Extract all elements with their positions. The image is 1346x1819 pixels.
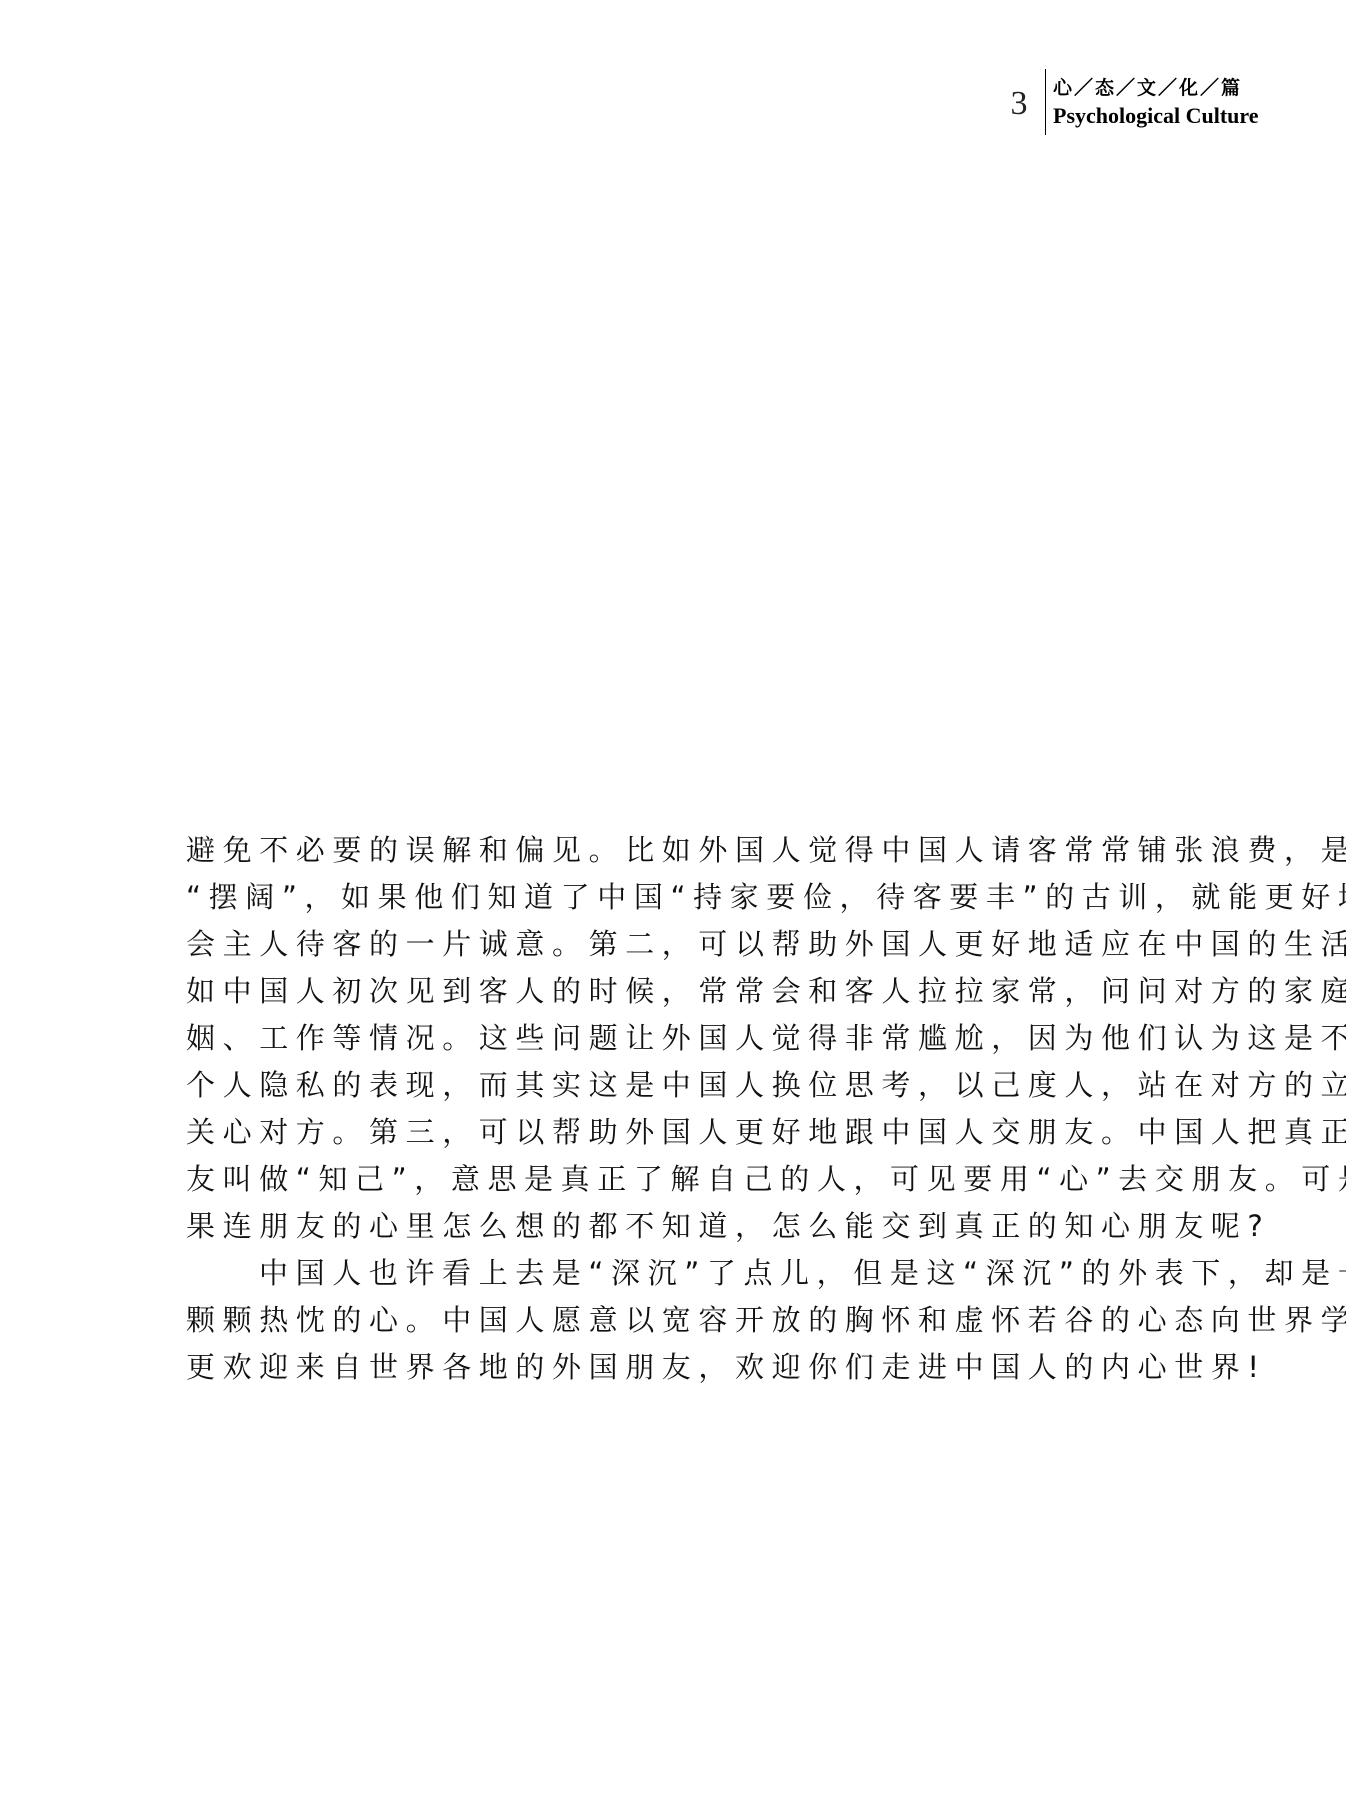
text-line: 更欢迎来自世界各地的外国朋友，欢迎你们走进中国人的内心世界!: [186, 1344, 1148, 1391]
text-line: 会主人待客的一片诚意。第二，可以帮助外国人更好地适应在中国的生活。比: [186, 921, 1148, 968]
text-line: “摆阔”，如果他们知道了中国“持家要俭，待客要丰”的古训，就能更好地体: [186, 874, 1148, 921]
text-line: 关心对方。第三，可以帮助外国人更好地跟中国人交朋友。中国人把真正的朋: [186, 1109, 1148, 1156]
paragraph-2: 中国人也许看上去是“深沉”了点儿，但是这“深沉”的外表下，却是一 颗颗热忱的心。…: [186, 1250, 1148, 1391]
text-line: 如中国人初次见到客人的时候，常常会和客人拉拉家常，问问对方的家庭、婚: [186, 968, 1148, 1015]
text-line: 友叫做“知己”，意思是真正了解自己的人，可见要用“心”去交朋友。可是如: [186, 1156, 1148, 1203]
text-line: 避免不必要的误解和偏见。比如外国人觉得中国人请客常常铺张浪费，是故意: [186, 827, 1148, 874]
paragraph-1: 避免不必要的误解和偏见。比如外国人觉得中国人请客常常铺张浪费，是故意 “摆阔”，…: [186, 827, 1148, 1250]
header-divider: [1045, 69, 1046, 135]
text-line: 中国人也许看上去是“深沉”了点儿，但是这“深沉”的外表下，却是一: [186, 1250, 1148, 1297]
header-titles: 心／态／文／化／篇 Psychological Culture: [1053, 74, 1259, 130]
text-line: 姻、工作等情况。这些问题让外国人觉得非常尴尬，因为他们认为这是不尊重: [186, 1015, 1148, 1062]
text-line: 果连朋友的心里怎么想的都不知道，怎么能交到真正的知心朋友呢?: [186, 1203, 1148, 1250]
running-header: 3 心／态／文／化／篇 Psychological Culture: [1005, 68, 1259, 136]
page-number: 3: [1005, 85, 1033, 123]
text-line: 颗颗热忱的心。中国人愿意以宽容开放的胸怀和虚怀若谷的心态向世界学习，: [186, 1297, 1148, 1344]
section-title-english: Psychological Culture: [1053, 102, 1259, 130]
text-line: 个人隐私的表现，而其实这是中国人换位思考，以己度人，站在对方的立场上: [186, 1062, 1148, 1109]
section-title-chinese: 心／态／文／化／篇: [1053, 74, 1259, 102]
body-text: 避免不必要的误解和偏见。比如外国人觉得中国人请客常常铺张浪费，是故意 “摆阔”，…: [186, 827, 1148, 1391]
